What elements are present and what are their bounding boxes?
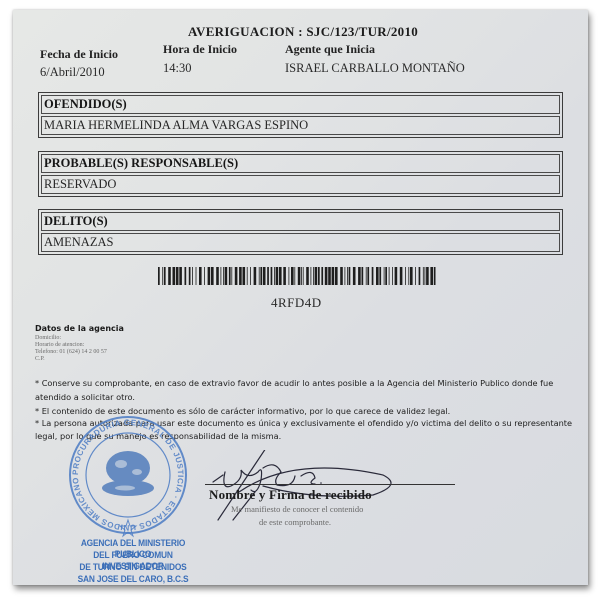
start-date-label: Fecha de Inicio	[40, 47, 118, 62]
agency-hours: Horario de atencion:	[35, 342, 84, 348]
crime-heading: DELITO(S)	[41, 212, 560, 231]
responsible-value: RESERVADO	[41, 175, 560, 194]
responsible-heading: PROBABLE(S) RESPONSABLE(S)	[41, 154, 560, 173]
barcode	[158, 267, 436, 285]
start-date-value: 6/Abril/2010	[40, 65, 105, 80]
start-time-value: 14:30	[163, 61, 191, 76]
signature-caption: Nombre y Firma de recibido	[209, 487, 372, 503]
start-time-label: Hora de Inicio	[163, 42, 237, 57]
stamp-line-4: SAN JOSE DEL CARO, B.C.S	[63, 574, 204, 585]
signature-note-1: Me manifiesto de conocer el contenido	[231, 504, 363, 514]
offended-section: OFENDIDO(S) MARIA HERMELINDA ALMA VARGAS…	[38, 92, 563, 138]
agency-title: Datos de la agencia	[35, 324, 124, 333]
offended-heading: OFENDIDO(S)	[41, 95, 560, 114]
document-page: AVERIGUACION : SJC/123/TUR/2010 Fecha de…	[13, 10, 588, 585]
responsible-section: PROBABLE(S) RESPONSABLE(S) RESERVADO	[38, 151, 563, 197]
agent-value: ISRAEL CARBALLO MONTAÑO	[285, 61, 465, 76]
crime-value: AMENAZAS	[41, 233, 560, 252]
stamp-line-3: DE TURNO SIN DETENIDOS	[63, 562, 204, 573]
offended-value: MARIA HERMELINDA ALMA VARGAS ESPINO	[41, 116, 560, 135]
barcode-code: 4RFD4D	[271, 295, 322, 311]
crime-section: DELITO(S) AMENAZAS	[38, 209, 563, 255]
signature-line	[205, 484, 455, 485]
agency-address: Domicilio:	[35, 335, 61, 341]
agency-phone: Telefono: 01 (624) 14 2 00 57	[35, 349, 107, 355]
case-number-title: AVERIGUACION : SJC/123/TUR/2010	[188, 24, 418, 40]
agent-label: Agente que Inicia	[285, 42, 375, 57]
agency-zip: C.P.	[35, 356, 45, 362]
note-1: * Conserve su comprobante, en caso de ex…	[35, 378, 553, 388]
official-seal-stamp: PROCURADURIA GENERAL DE JUSTICIA · ESTAD…	[65, 412, 191, 538]
note-1-cont: atendido a solicitar otro.	[35, 392, 135, 402]
signature-note-2: de este comprobante.	[259, 517, 331, 527]
